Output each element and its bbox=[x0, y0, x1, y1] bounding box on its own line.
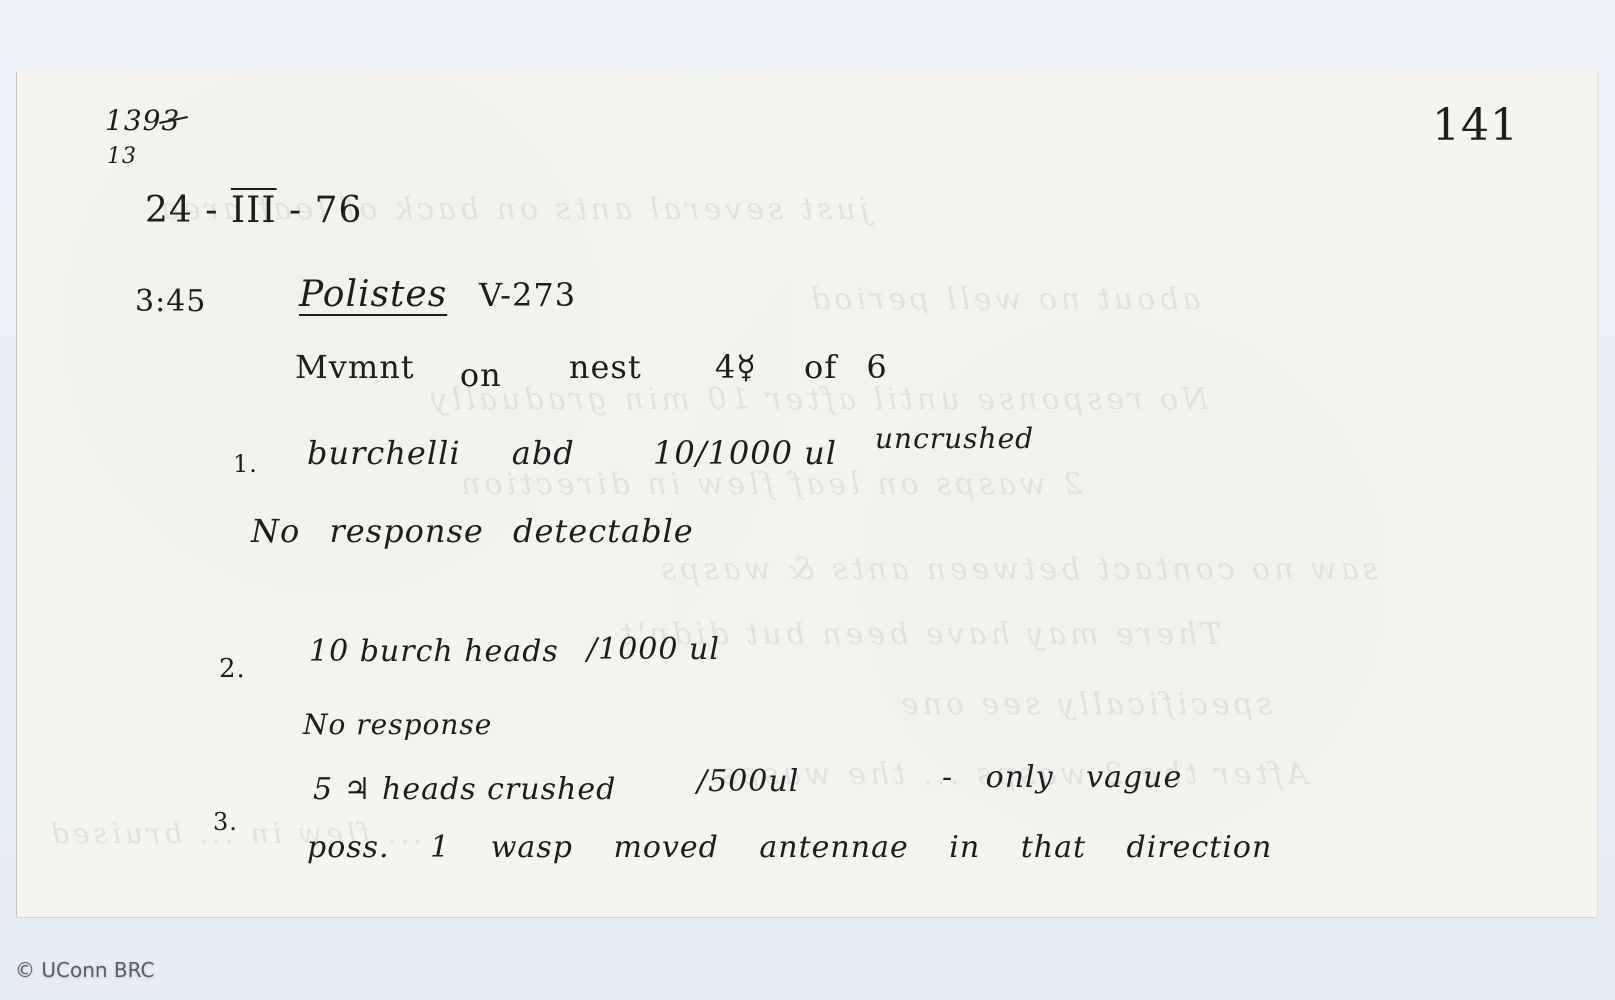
catalog-number-main: 139 bbox=[105, 104, 161, 137]
subject-text: of bbox=[804, 348, 837, 386]
copyright-notice: © UConn BRC bbox=[15, 958, 155, 982]
date-month-roman: III bbox=[231, 190, 277, 231]
page-number: 141 bbox=[1432, 100, 1519, 151]
bleed-through-line: specifically see one bbox=[897, 687, 1272, 722]
date-separator: - bbox=[289, 190, 302, 231]
date-year: 76 bbox=[315, 190, 363, 231]
trial-stimulus: 5 ♃ heads crushed bbox=[313, 772, 616, 807]
date-day: 24 bbox=[145, 190, 193, 231]
trial-number: 3. bbox=[213, 808, 238, 836]
bleed-through-line: saw no contact between ants & wasps bbox=[657, 552, 1378, 587]
bleed-through-line: about no well period bbox=[807, 282, 1200, 317]
bleed-through-line: 2 wasps on leaf flew in direction bbox=[457, 467, 1082, 502]
genus-name: Polistes bbox=[299, 274, 447, 315]
trial-condition: - only vague bbox=[942, 760, 1182, 795]
trial-result: No response detectable bbox=[251, 512, 694, 550]
observation-time: 3:45 bbox=[135, 284, 206, 319]
worker-caste-symbol: ☿ bbox=[736, 348, 757, 386]
subject-text: Mvmnt bbox=[295, 348, 415, 386]
trial-stimulus: 10 burch heads bbox=[309, 634, 559, 669]
trial-dose: 10/1000 ul bbox=[653, 434, 837, 472]
catalog-number-struck-digit: 3 bbox=[161, 104, 180, 137]
trial-stimulus: burchelli abd bbox=[307, 434, 575, 472]
subject-text: on bbox=[460, 356, 502, 394]
date: 24 - III - 76 bbox=[145, 190, 362, 231]
trial-dose: /500ul bbox=[697, 764, 799, 799]
subject-text: nest bbox=[569, 348, 642, 386]
catalog-number: 1393 bbox=[105, 104, 180, 137]
trial-result: No response bbox=[303, 708, 492, 741]
trial-dose: /1000 ul bbox=[587, 632, 720, 667]
document-viewer: just several ants on back of leaf area a… bbox=[0, 0, 1615, 1000]
bleed-through-line: No response until after 10 min gradually bbox=[427, 382, 1208, 417]
total-count: 6 bbox=[866, 348, 887, 386]
trial-condition: uncrushed bbox=[875, 422, 1034, 455]
trial-number: 1. bbox=[233, 450, 258, 478]
trial-number: 2. bbox=[219, 654, 246, 684]
worker-count: 4 bbox=[715, 348, 736, 386]
subject-line: Mvmnt on nest 4☿ of 6 bbox=[295, 348, 888, 386]
field-note-card: just several ants on back of leaf area a… bbox=[17, 72, 1597, 917]
trial-result: poss. 1 wasp moved antennae in that dire… bbox=[307, 830, 1272, 865]
colony-id: V-273 bbox=[479, 276, 576, 314]
date-separator: - bbox=[205, 190, 218, 231]
catalog-sub-number: 13 bbox=[107, 144, 137, 169]
